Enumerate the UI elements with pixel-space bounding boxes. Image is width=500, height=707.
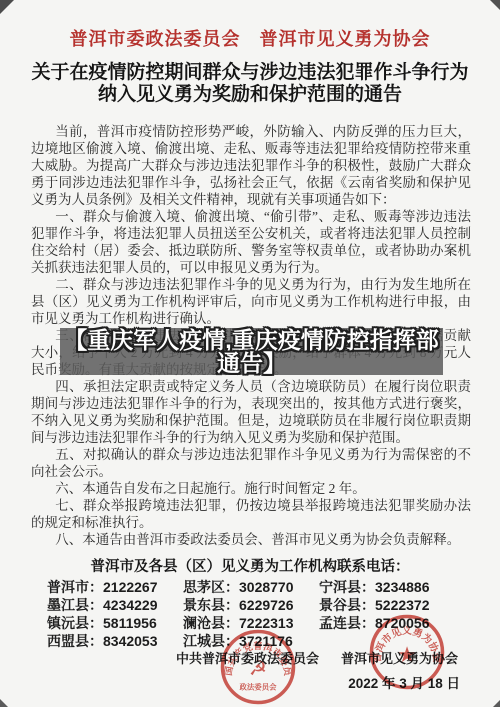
phone-number: 3234886 — [375, 579, 430, 595]
photo-corner-top-right — [490, 0, 500, 10]
phone-label: 墨江县： — [47, 597, 103, 613]
phone-label: 宁洱县： — [319, 579, 375, 595]
phone-entry: 墨江县：4234229 — [47, 597, 183, 614]
phone-label: 景东县： — [183, 597, 239, 613]
phone-number: 3028770 — [239, 579, 294, 595]
seal-bottom-text: 政法委员会 — [239, 682, 277, 692]
watermark-text-line-2: 通告】 — [64, 352, 438, 375]
phone-label: 普洱市： — [47, 579, 103, 595]
paragraph-item-1: 一、群众与偷渡入境、偷渡出境、“偷引带”、走私、贩毒等涉边违法犯罪作斗争，将违法… — [31, 208, 471, 276]
phone-number: 8342053 — [103, 633, 158, 649]
phone-entry: 思茅区：3028770 — [183, 579, 319, 596]
phone-entry: 景东县：6229726 — [183, 597, 319, 614]
phone-label: 西盟县： — [47, 633, 103, 649]
phone-number: 2122267 — [103, 579, 158, 595]
paragraph-intro: 当前，普洱市疫情防控形势严峻，外防输入、内防反弹的压力巨大，边境地区偷渡入境、偷… — [31, 123, 471, 208]
issuing-orgs-header: 普洱市委政法委员会 普洱市见义勇为协会 — [0, 0, 500, 51]
phone-number: 6229726 — [239, 597, 294, 613]
phone-label: 镇沅县： — [47, 615, 103, 631]
paragraph-item-6: 六、本通告自发布之日起施行。施行时间暂定 2 年。 — [31, 480, 471, 497]
photo-corner-top-left — [0, 0, 14, 14]
phone-entry: 普洱市：2122267 — [47, 579, 183, 596]
official-seal-courageous-citizens-association: 普洱市见义勇为协会 ★ — [368, 613, 446, 691]
phone-entry: 宁洱县：3234886 — [319, 579, 459, 596]
paragraph-item-7: 七、群众举报跨境违法犯罪，仍按边境县举报跨境违法犯罪奖励办法的规定和标准执行。 — [31, 497, 471, 531]
phone-entry: 镇沅县：5811956 — [47, 615, 183, 632]
watermark-text: 【重庆军人疫情,重庆疫情防控指挥部 通告】 — [64, 329, 438, 375]
document-title-line-1: 关于在疫情防控期间群众与涉边违法犯罪作斗争行为 — [0, 62, 500, 84]
party-emblem-icon: ☭ — [249, 656, 267, 680]
photo-corner-bottom-right — [493, 700, 500, 707]
phone-label: 孟连县： — [319, 615, 375, 631]
phone-section-heading: 普洱市及各县（区）见义勇为工作机构联系电话： — [0, 555, 500, 576]
star-icon: ★ — [397, 643, 417, 668]
phone-label: 景谷县： — [319, 597, 375, 613]
official-seal-politics-law-committee: 中国共产党普洱市委员会 ☭ 政法委员会 — [219, 628, 297, 706]
paragraph-item-2: 二、群众与涉边违法犯罪作斗争的见义勇为行为，由行为发生地所在县（区）见义勇为工作… — [31, 276, 471, 327]
paragraph-item-8: 八、本通告由普洱市委政法委员会、普洱市见义勇为协会负责解释。 — [31, 531, 471, 548]
paragraph-item-4: 四、承担法定职责或特定义务人员（含边境联防员）在履行岗位职责期间与涉边违法犯罪作… — [31, 378, 471, 446]
phone-entry: 景谷县：5222372 — [319, 597, 459, 614]
watermark-banner: 【重庆军人疫情,重庆疫情防控指挥部 通告】 — [60, 328, 443, 375]
phone-number: 5811956 — [103, 615, 157, 631]
phone-entry: 西盟县：8342053 — [47, 633, 183, 650]
document-title-line-2: 纳入见义勇为奖励和保护范围的通告 — [0, 84, 500, 106]
phone-number: 4234229 — [103, 597, 158, 613]
notice-document: 普洱市委政法委员会 普洱市见义勇为协会 关于在疫情防控期间群众与涉边违法犯罪作斗… — [0, 0, 500, 707]
watermark-text-line-1: 【重庆军人疫情,重庆疫情防控指挥部 — [64, 329, 438, 352]
photo-corner-bottom-left — [0, 699, 8, 707]
phone-label: 思茅区： — [183, 579, 239, 595]
phone-number: 5222372 — [375, 597, 430, 613]
document-title: 关于在疫情防控期间群众与涉边违法犯罪作斗争行为 纳入见义勇为奖励和保护范围的通告 — [0, 62, 500, 106]
paragraph-item-5: 五、对拟确认的群众与涉边违法犯罪作斗争见义勇为行为需保密的不向社会公示。 — [31, 446, 471, 480]
